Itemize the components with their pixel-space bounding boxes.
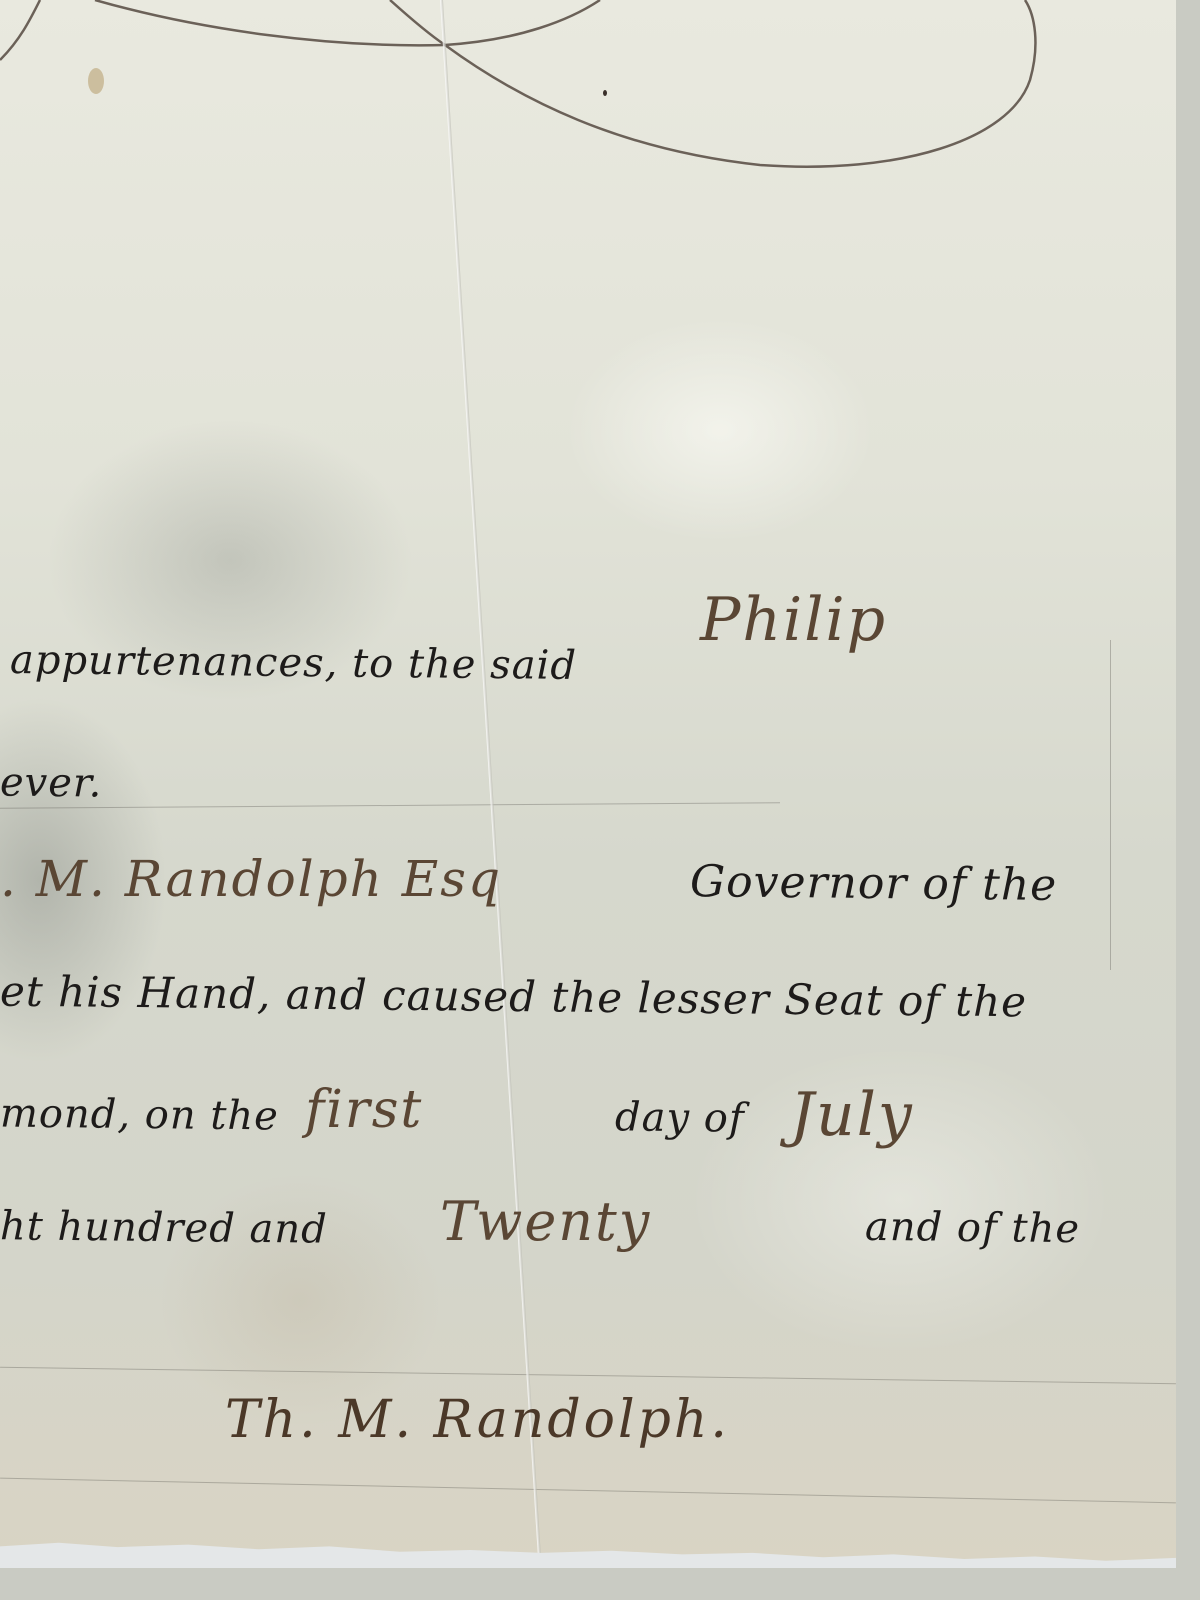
ink-dot (603, 90, 607, 96)
printed-text: day of (615, 1094, 745, 1141)
handwritten-month: July (790, 1080, 914, 1150)
margin-line (1110, 640, 1111, 970)
printed-text: ever. (0, 759, 103, 806)
printed-text: mond, on the (0, 1091, 279, 1140)
printed-text: ht hundred and (0, 1203, 328, 1252)
document-sheet: appurtenances, to the said Philip ever. … (0, 0, 1176, 1568)
governor-signature: Th. M. Randolph. (225, 1390, 730, 1450)
handwritten-governor-name: . M. Randolph Esq (0, 850, 502, 908)
handwritten-name: Philip (700, 585, 887, 655)
ruled-line (0, 1367, 1176, 1384)
handwritten-day: first (305, 1080, 423, 1140)
printed-text: and of the (865, 1204, 1081, 1252)
fold-crease (440, 0, 541, 1557)
ruled-line (0, 802, 780, 808)
torn-edge (0, 1532, 1176, 1568)
printed-text: Governor of the (690, 856, 1058, 911)
handwritten-year: Twenty (440, 1190, 651, 1253)
printed-text: et his Hand, and caused the lesser Seat … (0, 967, 1027, 1027)
printed-text: appurtenances, to the said (10, 637, 577, 689)
ruled-line (0, 1478, 1176, 1504)
ink-stain (88, 68, 104, 94)
pen-flourish-icon (0, 0, 1176, 200)
